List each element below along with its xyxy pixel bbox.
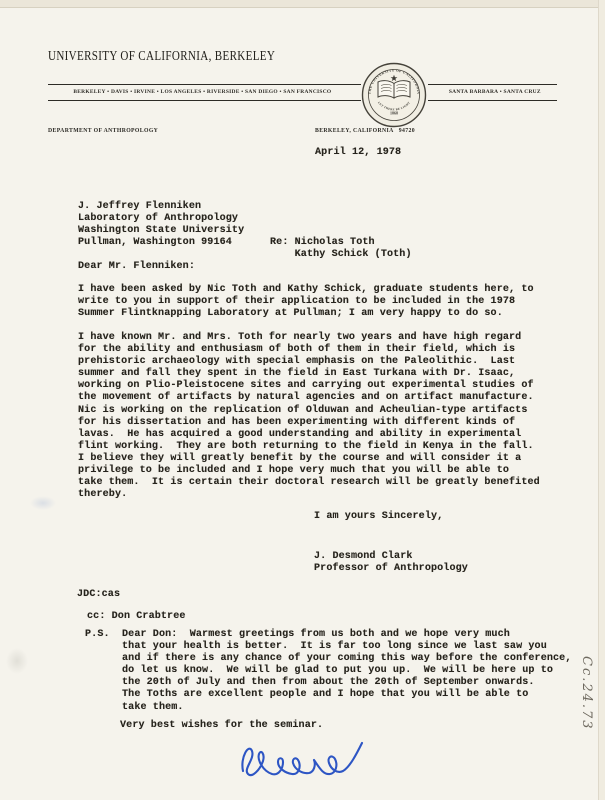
letterhead-rule-bottom-right <box>428 100 557 101</box>
recipient-address: J. Jeffrey Flenniken Laboratory of Anthr… <box>78 201 244 249</box>
subject-re-block: Re: Nicholas Toth Kathy Schick (Toth) <box>270 237 412 261</box>
letterhead-place: BERKELEY, CALIFORNIA 94720 <box>315 127 415 133</box>
archive-code: Cc.24.73 <box>579 656 594 731</box>
cc-line: cc: Don Crabtree <box>87 611 186 623</box>
department-name: DEPARTMENT OF ANTHROPOLOGY <box>48 127 158 133</box>
handwritten-signature <box>235 737 365 789</box>
scan-edge-right <box>598 0 605 800</box>
ps-closing: Very best wishes for the seminar. <box>120 720 323 732</box>
ps-label: P.S. <box>85 629 110 641</box>
typist-initials: JDC:cas <box>77 589 120 601</box>
signer-name: J. Desmond Clark <box>314 551 413 563</box>
university-title: UNIVERSITY OF CALIFORNIA, BERKELEY <box>48 48 275 64</box>
letterhead-rule-bottom-left <box>48 100 361 101</box>
seal-open-book-icon <box>378 81 410 98</box>
letter-date: April 12, 1978 <box>315 147 401 159</box>
letterhead-rule-top-right <box>428 84 557 85</box>
letterhead-rule-top-left <box>48 84 361 85</box>
closing-line: I am yours Sincerely, <box>314 511 443 523</box>
salutation: Dear Mr. Flenniken: <box>78 261 195 273</box>
ps-body: Dear Don: Warmest greetings from us both… <box>122 629 571 714</box>
scanned-letter-page: { "letterhead": { "university": "UNIVERS… <box>0 0 605 800</box>
uc-berkeley-seal-icon: ★ THE UNIVERSITY OF CALIFORNIA ★ LET THE… <box>361 62 427 128</box>
paper-stain <box>30 496 56 510</box>
body-paragraph-1: I have been asked by Nic Toth and Kathy … <box>78 284 534 320</box>
scan-edge-top <box>0 0 605 8</box>
seal-year: 1868 <box>390 111 398 116</box>
campus-list-left: BERKELEY • DAVIS • IRVINE • LOS ANGELES … <box>46 88 359 94</box>
body-paragraph-2: I have known Mr. and Mrs. Toth for nearl… <box>78 332 540 501</box>
signer-title: Professor of Anthropology <box>314 563 468 575</box>
paper-stain <box>6 648 28 674</box>
campus-list-right: SANTA BARBARA • SANTA CRUZ <box>437 88 553 94</box>
